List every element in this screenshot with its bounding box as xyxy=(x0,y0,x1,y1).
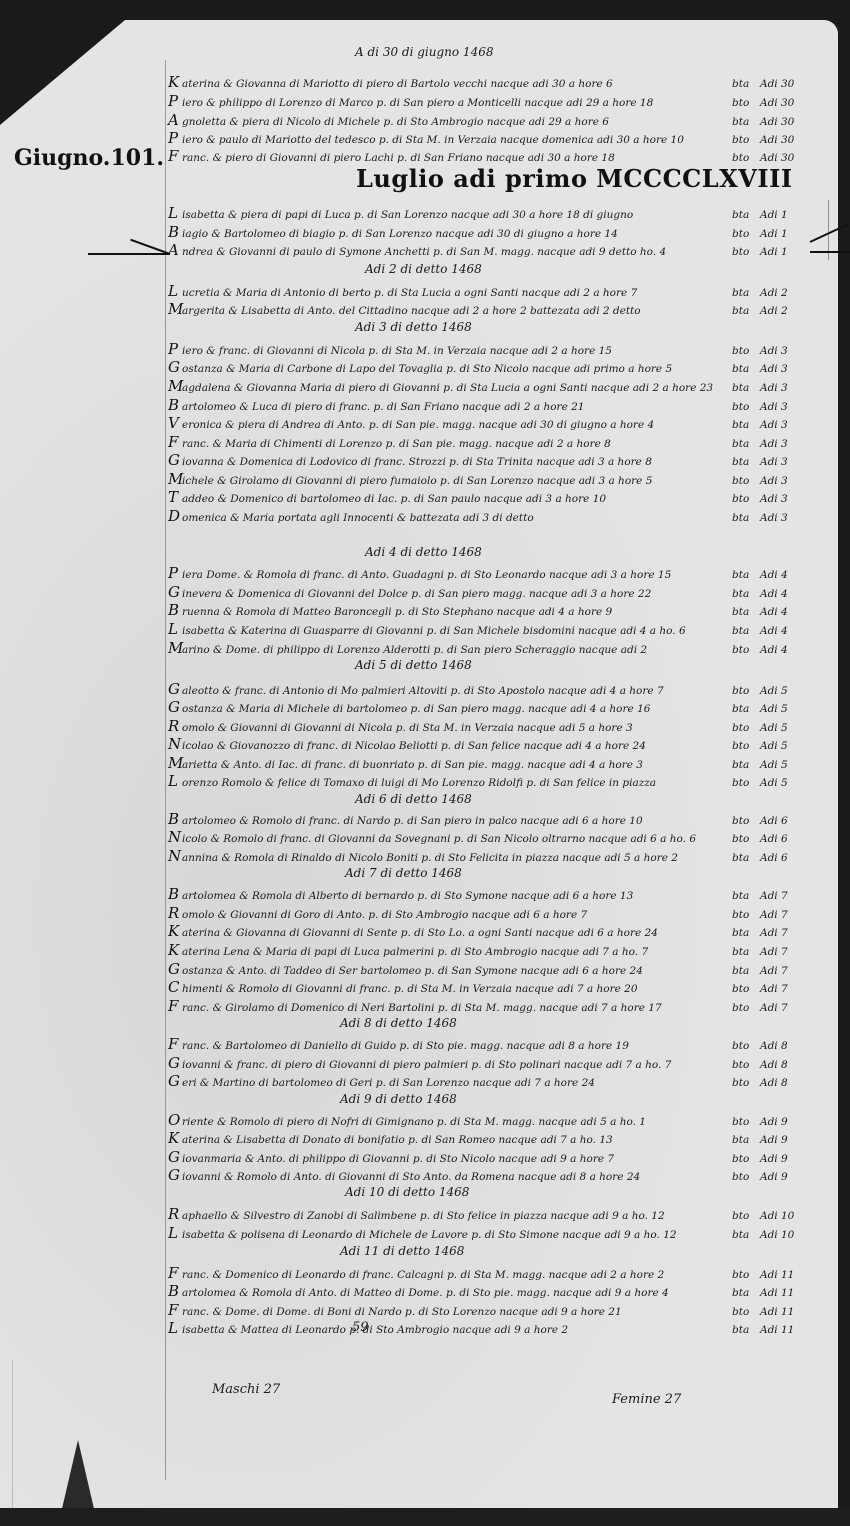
entry-text: ranc. & Domenico di Leonardo di franc. C… xyxy=(182,1269,732,1281)
baptized-mark: bta xyxy=(732,946,760,958)
entry-text: addeo & Domenico di bartolomeo di Iac. p… xyxy=(182,493,732,505)
baptized-mark: bta xyxy=(732,927,760,939)
baptism-day: Adi 30 xyxy=(760,78,800,90)
left-ruling-line xyxy=(165,60,166,1480)
section-date-header: Adi 9 di detto 1468 xyxy=(340,1092,457,1106)
entry-initial: G xyxy=(168,1148,182,1166)
register-entry: Katerina Lena & Maria di papi di Luca pa… xyxy=(168,941,808,959)
entry-text: iovanni & Romolo di Anto. di Giovanni di… xyxy=(182,1171,732,1183)
register-entry: Bruenna & Romola di Matteo Baroncegli p.… xyxy=(168,601,808,619)
baptism-day: Adi 3 xyxy=(760,438,800,450)
baptized-mark: bto xyxy=(732,909,760,921)
entry-initial: M xyxy=(168,470,182,488)
margin-note-giugno: Giugno.101. xyxy=(14,145,164,171)
entry-initial: G xyxy=(168,1054,182,1072)
baptized-mark: bto xyxy=(732,1269,760,1281)
entry-initial: G xyxy=(168,960,182,978)
baptized-mark: bta xyxy=(732,569,760,581)
entry-initial: P xyxy=(168,129,182,147)
entry-initial: G xyxy=(168,1166,182,1184)
entry-text: himenti & Romolo di Giovanni di franc. p… xyxy=(182,983,732,995)
entry-initial: M xyxy=(168,377,182,395)
baptized-mark: bta xyxy=(732,890,760,902)
register-entry: Gostanza & Anto. di Taddeo di Ser bartol… xyxy=(168,960,808,978)
baptism-day: Adi 3 xyxy=(760,419,800,431)
baptized-mark: bto xyxy=(732,815,760,827)
baptized-mark: bta xyxy=(732,1134,760,1146)
baptism-day: Adi 10 xyxy=(760,1229,800,1241)
register-entry: Ginevera & Domenica di Giovanni del Dolc… xyxy=(168,583,808,601)
baptism-day: Adi 30 xyxy=(760,116,800,128)
register-entry: Franc. & Bartolomeo di Daniello di Guido… xyxy=(168,1035,808,1053)
baptism-day: Adi 3 xyxy=(760,456,800,468)
entry-initial: P xyxy=(168,340,182,358)
entry-initial: L xyxy=(168,1319,182,1337)
register-entry: Margerita & Lisabetta di Anto. del Citta… xyxy=(168,300,808,318)
register-entry: Franc. & piero di Giovanni di piero Lach… xyxy=(168,147,808,165)
baptized-mark: bta xyxy=(732,438,760,450)
entry-text: orenzo Romolo & felice di Tomaxo di luig… xyxy=(182,777,732,789)
baptized-mark: bto xyxy=(732,134,760,146)
entry-initial: P xyxy=(168,564,182,582)
entry-initial: A xyxy=(168,111,182,129)
baptism-day: Adi 30 xyxy=(760,97,800,109)
entry-text: iero & philippo di Lorenzo di Marco p. d… xyxy=(182,97,732,109)
entry-initial: P xyxy=(168,92,182,110)
register-entry: Galeotto & franc. di Antonio di Mo palmi… xyxy=(168,680,808,698)
entry-initial: L xyxy=(168,282,182,300)
entry-initial: N xyxy=(168,735,182,753)
register-entry: Andrea & Giovanni di paulo di Symone Anc… xyxy=(168,241,808,259)
baptized-mark: bto xyxy=(732,1306,760,1318)
baptism-day: Adi 11 xyxy=(760,1287,800,1299)
baptism-day: Adi 7 xyxy=(760,946,800,958)
baptism-day: Adi 3 xyxy=(760,493,800,505)
register-entry: Romolo & Giovanni di Goro di Anto. p. di… xyxy=(168,904,808,922)
entry-initial: M xyxy=(168,300,182,318)
baptized-mark: bto xyxy=(732,1116,760,1128)
register-entry: Lisabetta & Katerina di Guasparre di Gio… xyxy=(168,620,808,638)
baptism-day: Adi 2 xyxy=(760,305,800,317)
entry-text: ruenna & Romola di Matteo Baroncegli p. … xyxy=(182,606,732,618)
entry-initial: N xyxy=(168,828,182,846)
baptism-day: Adi 5 xyxy=(760,685,800,697)
baptism-day: Adi 3 xyxy=(760,401,800,413)
register-entry: Lorenzo Romolo & felice di Tomaxo di lui… xyxy=(168,772,808,790)
entry-text: gnoletta & piera di Nicolo di Michele p.… xyxy=(182,116,732,128)
entry-text: isabetta & piera di papi di Luca p. di S… xyxy=(182,209,732,221)
baptized-mark: bta xyxy=(732,363,760,375)
baptized-mark: bta xyxy=(732,419,760,431)
entry-text: aphaello & Silvestro di Zanobi di Salimb… xyxy=(182,1210,732,1222)
entry-text: isabetta & polisena di Leonardo di Miche… xyxy=(182,1229,732,1241)
register-entry: Gostanza & Maria di Carbone di Lapo del … xyxy=(168,358,808,376)
baptized-mark: bta xyxy=(732,703,760,715)
register-entry: Lisabetta & polisena di Leonardo di Mich… xyxy=(168,1224,808,1242)
register-entry: Giovanni & franc. di piero di Giovanni d… xyxy=(168,1054,808,1072)
register-entry: Geri & Martino di bartolomeo di Geri p. … xyxy=(168,1072,808,1090)
baptism-day: Adi 4 xyxy=(760,644,800,656)
register-entry: Piera Dome. & Romola di franc. di Anto. … xyxy=(168,564,808,582)
entry-initial: G xyxy=(168,358,182,376)
entry-text: iovanna & Domenica di Lodovico di franc.… xyxy=(182,456,732,468)
baptized-mark: bto xyxy=(732,475,760,487)
baptism-day: Adi 3 xyxy=(760,382,800,394)
entry-text: argerita & Lisabetta di Anto. del Cittad… xyxy=(182,305,732,317)
entry-initial: C xyxy=(168,978,182,996)
baptism-day: Adi 3 xyxy=(760,512,800,524)
baptism-day: Adi 9 xyxy=(760,1134,800,1146)
baptism-day: Adi 8 xyxy=(760,1077,800,1089)
entry-initial: G xyxy=(168,1072,182,1090)
baptized-mark: bto xyxy=(732,1002,760,1014)
entry-text: iero & paulo di Mariotto del tedesco p. … xyxy=(182,134,732,146)
baptism-day: Adi 7 xyxy=(760,890,800,902)
baptized-mark: bto xyxy=(732,833,760,845)
entry-initial: F xyxy=(168,1264,182,1282)
entry-initial: O xyxy=(168,1111,182,1129)
baptized-mark: bta xyxy=(732,1287,760,1299)
register-entry: Lisabetta & piera di papi di Luca p. di … xyxy=(168,204,808,222)
entry-text: ranc. & piero di Giovanni di piero Lachi… xyxy=(182,152,732,164)
register-entry: Giovanna & Domenica di Lodovico di franc… xyxy=(168,451,808,469)
baptized-mark: bto xyxy=(732,1040,760,1052)
register-entry: Giovanni & Romolo di Anto. di Giovanni d… xyxy=(168,1166,808,1184)
baptism-day: Adi 9 xyxy=(760,1116,800,1128)
register-entry: Raphaello & Silvestro di Zanobi di Salim… xyxy=(168,1205,808,1223)
register-entry: Lisabetta & Mattea di Leonardo p. di Sto… xyxy=(168,1319,808,1337)
section-date-header: Adi 10 di detto 1468 xyxy=(345,1185,469,1199)
baptized-mark: bta xyxy=(732,852,760,864)
register-entry: Domenica & Maria portata agli Innocenti … xyxy=(168,507,808,525)
baptism-day: Adi 9 xyxy=(760,1171,800,1183)
baptized-mark: bto xyxy=(732,1210,760,1222)
entry-initial: K xyxy=(168,73,182,91)
entry-text: artolomeo & Romolo di franc. di Nardo p.… xyxy=(182,815,732,827)
baptism-day: Adi 10 xyxy=(760,1210,800,1222)
register-entry: Veronica & piera di Andrea di Anto. p. d… xyxy=(168,414,808,432)
register-entry: Giovanmaria & Anto. di philippo di Giova… xyxy=(168,1148,808,1166)
entry-initial: G xyxy=(168,680,182,698)
entry-initial: R xyxy=(168,1205,182,1223)
header-july: Luglio adi primo MCCCCLXVIII xyxy=(356,164,793,193)
entry-text: ranc. & Dome. di Dome. di Boni di Nardo … xyxy=(182,1306,732,1318)
baptism-day: Adi 5 xyxy=(760,759,800,771)
entry-initial: B xyxy=(168,223,182,241)
register-entry: Chimenti & Romolo di Giovanni di franc. … xyxy=(168,978,808,996)
register-entry: Marino & Dome. di philippo di Lorenzo Al… xyxy=(168,639,808,657)
entry-text: aterina Lena & Maria di papi di Luca pal… xyxy=(182,946,732,958)
baptized-mark: bta xyxy=(732,456,760,468)
baptism-day: Adi 30 xyxy=(760,134,800,146)
entry-text: icolo & Romolo di franc. di Giovanni da … xyxy=(182,833,732,845)
entry-initial: K xyxy=(168,1129,182,1147)
entry-initial: B xyxy=(168,810,182,828)
register-entry: Biagio & Bartolomeo di biagio p. di San … xyxy=(168,223,808,241)
baptism-day: Adi 6 xyxy=(760,852,800,864)
baptism-day: Adi 7 xyxy=(760,927,800,939)
entry-text: iero & franc. di Giovanni di Nicola p. d… xyxy=(182,345,732,357)
entry-initial: L xyxy=(168,1224,182,1242)
section-date-header: Adi 11 di detto 1468 xyxy=(340,1244,464,1258)
baptism-day: Adi 3 xyxy=(760,475,800,487)
baptism-day: Adi 7 xyxy=(760,965,800,977)
register-entry: Romolo & Giovanni di Giovanni di Nicola … xyxy=(168,717,808,735)
baptism-day: Adi 7 xyxy=(760,983,800,995)
section-date-header: Adi 7 di detto 1468 xyxy=(345,866,462,880)
register-entry: Taddeo & Domenico di bartolomeo di Iac. … xyxy=(168,488,808,506)
baptized-mark: bta xyxy=(732,209,760,221)
baptized-mark: bta xyxy=(732,78,760,90)
baptized-mark: bta xyxy=(732,512,760,524)
baptized-mark: bto xyxy=(732,152,760,164)
baptized-mark: bta xyxy=(732,382,760,394)
baptism-day: Adi 11 xyxy=(760,1324,800,1336)
scan-background-bottom xyxy=(0,1508,850,1526)
register-entry: Oriente & Romolo di piero di Nofri di Gi… xyxy=(168,1111,808,1129)
section-date-header: Adi 3 di detto 1468 xyxy=(355,320,472,334)
section-date-header: Adi 5 di detto 1468 xyxy=(355,658,472,672)
entry-initial: L xyxy=(168,204,182,222)
baptized-mark: bto xyxy=(732,1153,760,1165)
entry-initial: R xyxy=(168,717,182,735)
baptism-day: Adi 7 xyxy=(760,909,800,921)
entry-initial: B xyxy=(168,396,182,414)
baptism-day: Adi 2 xyxy=(760,287,800,299)
tally-female: Femine 27 xyxy=(612,1392,681,1407)
baptized-mark: bta xyxy=(732,965,760,977)
entry-text: aterina & Giovanna di Mariotto di piero … xyxy=(182,78,732,90)
entry-initial: B xyxy=(168,601,182,619)
register-entry: Bartolomea & Romola di Anto. di Matteo d… xyxy=(168,1282,808,1300)
entry-text: omolo & Giovanni di Giovanni di Nicola p… xyxy=(182,722,732,734)
entry-initial: B xyxy=(168,885,182,903)
baptized-mark: bto xyxy=(732,97,760,109)
entry-initial: T xyxy=(168,488,182,506)
baptized-mark: bta xyxy=(732,305,760,317)
baptized-mark: bto xyxy=(732,401,760,413)
entry-initial: K xyxy=(168,941,182,959)
baptism-day: Adi 3 xyxy=(760,363,800,375)
baptism-day: Adi 4 xyxy=(760,625,800,637)
entry-text: ostanza & Maria di Carbone di Lapo del T… xyxy=(182,363,732,375)
register-entry: Franc. & Domenico di Leonardo di franc. … xyxy=(168,1264,808,1282)
baptized-mark: bto xyxy=(732,345,760,357)
entry-initial: F xyxy=(168,997,182,1015)
section-date-header: Adi 6 di detto 1468 xyxy=(355,792,472,806)
register-entry: Bartolomeo & Romolo di franc. di Nardo p… xyxy=(168,810,808,828)
section-date-header: Adi 4 di detto 1468 xyxy=(365,545,482,559)
register-entry: Agnoletta & piera di Nicolo di Michele p… xyxy=(168,111,808,129)
baptism-day: Adi 5 xyxy=(760,777,800,789)
entry-initial: F xyxy=(168,147,182,165)
baptism-day: Adi 11 xyxy=(760,1306,800,1318)
baptism-day: Adi 1 xyxy=(760,209,800,221)
baptized-mark: bto xyxy=(732,740,760,752)
section-date-header: Adi 8 di detto 1468 xyxy=(340,1016,457,1030)
entry-initial: D xyxy=(168,507,182,525)
entry-text: inevera & Domenica di Giovanni del Dolce… xyxy=(182,588,732,600)
baptized-mark: bta xyxy=(732,116,760,128)
entry-text: ostanza & Anto. di Taddeo di Ser bartolo… xyxy=(182,965,732,977)
entry-initial: V xyxy=(168,414,182,432)
entry-text: omolo & Giovanni di Goro di Anto. p. di … xyxy=(182,909,732,921)
baptism-day: Adi 6 xyxy=(760,833,800,845)
register-entry: Piero & franc. di Giovanni di Nicola p. … xyxy=(168,340,808,358)
register-entry: Katerina & Giovanna di Mariotto di piero… xyxy=(168,73,808,91)
baptism-day: Adi 11 xyxy=(760,1269,800,1281)
entry-initial: G xyxy=(168,583,182,601)
entry-initial: M xyxy=(168,639,182,657)
page-fold xyxy=(12,1360,13,1520)
baptism-day: Adi 3 xyxy=(760,345,800,357)
baptism-day: Adi 30 xyxy=(760,152,800,164)
register-entry: Piero & paulo di Mariotto del tedesco p.… xyxy=(168,129,808,147)
baptized-mark: bto xyxy=(732,493,760,505)
entry-text: riente & Romolo di piero di Nofri di Gim… xyxy=(182,1116,732,1128)
baptized-mark: bta xyxy=(732,759,760,771)
entry-text: iagio & Bartolomeo di biagio p. di San L… xyxy=(182,228,732,240)
register-entry: Franc. & Dome. di Dome. di Boni di Nardo… xyxy=(168,1301,808,1319)
baptized-mark: bta xyxy=(732,1229,760,1241)
entry-text: aleotto & franc. di Antonio di Mo palmie… xyxy=(182,685,732,697)
baptism-day: Adi 5 xyxy=(760,722,800,734)
baptism-day: Adi 7 xyxy=(760,1002,800,1014)
entry-text: artolomea & Romola di Anto. di Matteo di… xyxy=(182,1287,732,1299)
entry-initial: F xyxy=(168,1301,182,1319)
baptism-day: Adi 6 xyxy=(760,815,800,827)
entry-text: arietta & Anto. di Iac. di franc. di buo… xyxy=(182,759,732,771)
register-entry: Michele & Girolamo di Giovanni di piero … xyxy=(168,470,808,488)
entry-text: ndrea & Giovanni di paulo di Symone Anch… xyxy=(182,246,732,258)
register-entry: Franc. & Girolamo di Domenico di Neri Ba… xyxy=(168,997,808,1015)
entry-initial: F xyxy=(168,433,182,451)
entry-initial: G xyxy=(168,698,182,716)
entry-text: iera Dome. & Romola di franc. di Anto. G… xyxy=(182,569,732,581)
register-entry: Nannina & Romola di Rinaldo di Nicolo Bo… xyxy=(168,847,808,865)
baptism-day: Adi 5 xyxy=(760,703,800,715)
entry-initial: B xyxy=(168,1282,182,1300)
entry-text: artolomea & Romola di Alberto di bernard… xyxy=(182,890,732,902)
page-number: 59 xyxy=(352,1320,369,1335)
baptized-mark: bto xyxy=(732,1077,760,1089)
entry-initial: L xyxy=(168,772,182,790)
entry-text: ranc. & Bartolomeo di Daniello di Guido … xyxy=(182,1040,732,1052)
register-entry: Nicolao & Giovanozzo di franc. di Nicola… xyxy=(168,735,808,753)
baptism-day: Adi 4 xyxy=(760,569,800,581)
baptized-mark: bta xyxy=(732,1324,760,1336)
entry-text: agdalena & Giovanna Maria di piero di Gi… xyxy=(182,382,732,394)
right-arrow-icon xyxy=(810,251,850,253)
section-date-header: Adi 2 di detto 1468 xyxy=(365,262,482,276)
baptism-day: Adi 4 xyxy=(760,588,800,600)
baptism-day: Adi 8 xyxy=(760,1059,800,1071)
entry-initial: M xyxy=(168,754,182,772)
entry-initial: L xyxy=(168,620,182,638)
baptism-day: Adi 1 xyxy=(760,228,800,240)
register-entry: Lucretia & Maria di Antonio di berto p. … xyxy=(168,282,808,300)
section-date-header: A di 30 di giugno 1468 xyxy=(355,45,493,59)
register-entry: Marietta & Anto. di Iac. di franc. di bu… xyxy=(168,754,808,772)
baptized-mark: bto xyxy=(732,685,760,697)
baptized-mark: bta xyxy=(732,625,760,637)
tally-male: Maschi 27 xyxy=(212,1382,280,1397)
register-entry: Franc. & Maria di Chimenti di Lorenzo p.… xyxy=(168,433,808,451)
register-entry: Piero & philippo di Lorenzo di Marco p. … xyxy=(168,92,808,110)
entry-text: ostanza & Maria di Michele di bartolomeo… xyxy=(182,703,732,715)
baptized-mark: bto xyxy=(732,983,760,995)
baptized-mark: bto xyxy=(732,777,760,789)
entry-text: arino & Dome. di philippo di Lorenzo Ald… xyxy=(182,644,732,656)
baptized-mark: bta xyxy=(732,588,760,600)
baptized-mark: bta xyxy=(732,606,760,618)
entry-initial: G xyxy=(168,451,182,469)
baptism-day: Adi 4 xyxy=(760,606,800,618)
entry-text: ucretia & Maria di Antonio di berto p. d… xyxy=(182,287,732,299)
entry-initial: A xyxy=(168,241,182,259)
register-entry: Magdalena & Giovanna Maria di piero di G… xyxy=(168,377,808,395)
baptized-mark: bto xyxy=(732,246,760,258)
register-entry: Nicolo & Romolo di franc. di Giovanni da… xyxy=(168,828,808,846)
baptized-mark: bto xyxy=(732,644,760,656)
entry-text: isabetta & Katerina di Guasparre di Giov… xyxy=(182,625,732,637)
entry-text: iovanni & franc. di piero di Giovanni di… xyxy=(182,1059,732,1071)
entry-initial: F xyxy=(168,1035,182,1053)
entry-text: icolao & Giovanozzo di franc. di Nicolao… xyxy=(182,740,732,752)
entry-text: aterina & Lisabetta di Donato di bonifat… xyxy=(182,1134,732,1146)
baptism-day: Adi 8 xyxy=(760,1040,800,1052)
baptized-mark: bto xyxy=(732,1059,760,1071)
entry-text: eri & Martino di bartolomeo di Geri p. d… xyxy=(182,1077,732,1089)
baptism-day: Adi 5 xyxy=(760,740,800,752)
entry-text: annina & Romola di Rinaldo di Nicolo Bon… xyxy=(182,852,732,864)
entry-text: iovanmaria & Anto. di philippo di Giovan… xyxy=(182,1153,732,1165)
baptism-day: Adi 9 xyxy=(760,1153,800,1165)
register-entry: Katerina & Giovanna di Giovanni di Sente… xyxy=(168,922,808,940)
entry-initial: N xyxy=(168,847,182,865)
baptized-mark: bto xyxy=(732,722,760,734)
baptized-mark: bto xyxy=(732,1171,760,1183)
baptized-mark: bta xyxy=(732,287,760,299)
entry-initial: K xyxy=(168,922,182,940)
entry-text: ranc. & Girolamo di Domenico di Neri Bar… xyxy=(182,1002,732,1014)
baptism-day: Adi 1 xyxy=(760,246,800,258)
register-entry: Bartolomea & Romola di Alberto di bernar… xyxy=(168,885,808,903)
entry-text: eronica & piera di Andrea di Anto. p. di… xyxy=(182,419,732,431)
register-entry: Bartolomeo & Luca di piero di franc. p. … xyxy=(168,396,808,414)
entry-text: aterina & Giovanna di Giovanni di Sente … xyxy=(182,927,732,939)
entry-text: artolomeo & Luca di piero di franc. p. d… xyxy=(182,401,732,413)
left-arrow-icon xyxy=(88,253,168,255)
entry-text: isabetta & Mattea di Leonardo p. di Sto … xyxy=(182,1324,732,1336)
register-entry: Gostanza & Maria di Michele di bartolome… xyxy=(168,698,808,716)
entry-initial: R xyxy=(168,904,182,922)
register-entry: Katerina & Lisabetta di Donato di bonifa… xyxy=(168,1129,808,1147)
baptized-mark: bto xyxy=(732,228,760,240)
entry-text: ichele & Girolamo di Giovanni di piero f… xyxy=(182,475,732,487)
entry-text: omenica & Maria portata agli Innocenti &… xyxy=(182,512,732,524)
entry-text: ranc. & Maria di Chimenti di Lorenzo p. … xyxy=(182,438,732,450)
